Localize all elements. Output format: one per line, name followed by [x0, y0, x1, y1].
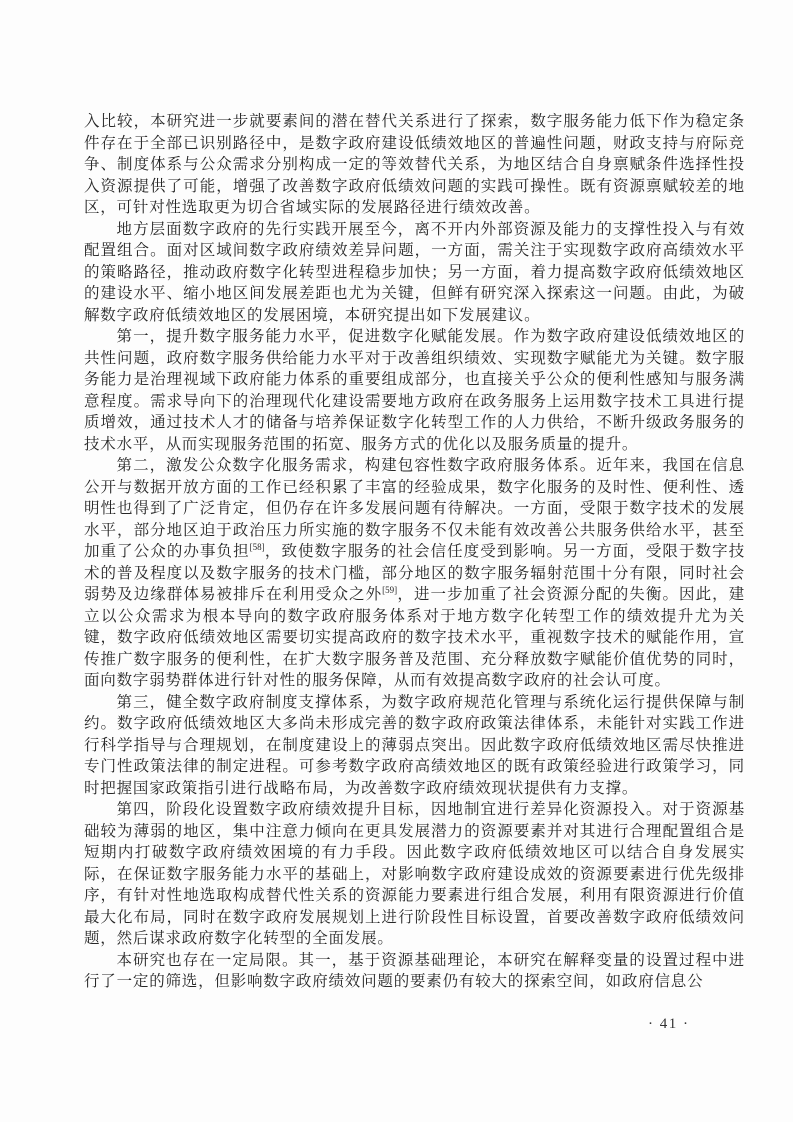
- paragraph: 第一，提升数字服务能力水平，促进数字化赋能发展。作为数字政府建设低绩效地区的共性…: [84, 326, 745, 455]
- article-body: 入比较，本研究进一步就要素间的潜在替代关系进行了探索，数字服务能力低下作为稳定条…: [84, 111, 745, 993]
- document-page: 入比较，本研究进一步就要素间的潜在替代关系进行了探索，数字服务能力低下作为稳定条…: [0, 0, 793, 1122]
- text-run: 第三，健全数字政府制度支撑体系，为数字政府规范化管理与系统化运行提供保障与制约。…: [84, 694, 745, 797]
- text-run: 第一，提升数字服务能力水平，促进数字化赋能发展。作为数字政府建设低绩效地区的共性…: [84, 328, 745, 453]
- paragraph: 地方层面数字政府的先行实践开展至今，离不开内外部资源及能力的支撑性投入与有效配置…: [84, 219, 745, 327]
- citation-ref: [59]: [382, 585, 397, 595]
- paragraph: 第四，阶段化设置数字政府绩效提升目标，因地制宜进行差异化资源投入。对于资源基础较…: [84, 799, 745, 950]
- citation-ref: [58]: [250, 542, 265, 552]
- paragraph: 入比较，本研究进一步就要素间的潜在替代关系进行了探索，数字服务能力低下作为稳定条…: [84, 111, 745, 219]
- text-run: 第四，阶段化设置数字政府绩效提升目标，因地制宜进行差异化资源投入。对于资源基础较…: [84, 801, 745, 947]
- text-run: 入比较，本研究进一步就要素间的潜在替代关系进行了探索，数字服务能力低下作为稳定条…: [84, 113, 745, 216]
- paragraph: 第二，激发公众数字化服务需求，构建包容性数字政府服务体系。近年来，我国在信息公开…: [84, 455, 745, 692]
- page-number: · 41 ·: [648, 1016, 690, 1033]
- text-run: 本研究也存在一定局限。其一，基于资源基础理论，本研究在解释变量的设置过程中进行了…: [84, 952, 745, 991]
- paragraph: 第三，健全数字政府制度支撑体系，为数字政府规范化管理与系统化运行提供保障与制约。…: [84, 692, 745, 800]
- paragraph: 本研究也存在一定局限。其一，基于资源基础理论，本研究在解释变量的设置过程中进行了…: [84, 950, 745, 993]
- text-run: 地方层面数字政府的先行实践开展至今，离不开内外部资源及能力的支撑性投入与有效配置…: [84, 221, 745, 324]
